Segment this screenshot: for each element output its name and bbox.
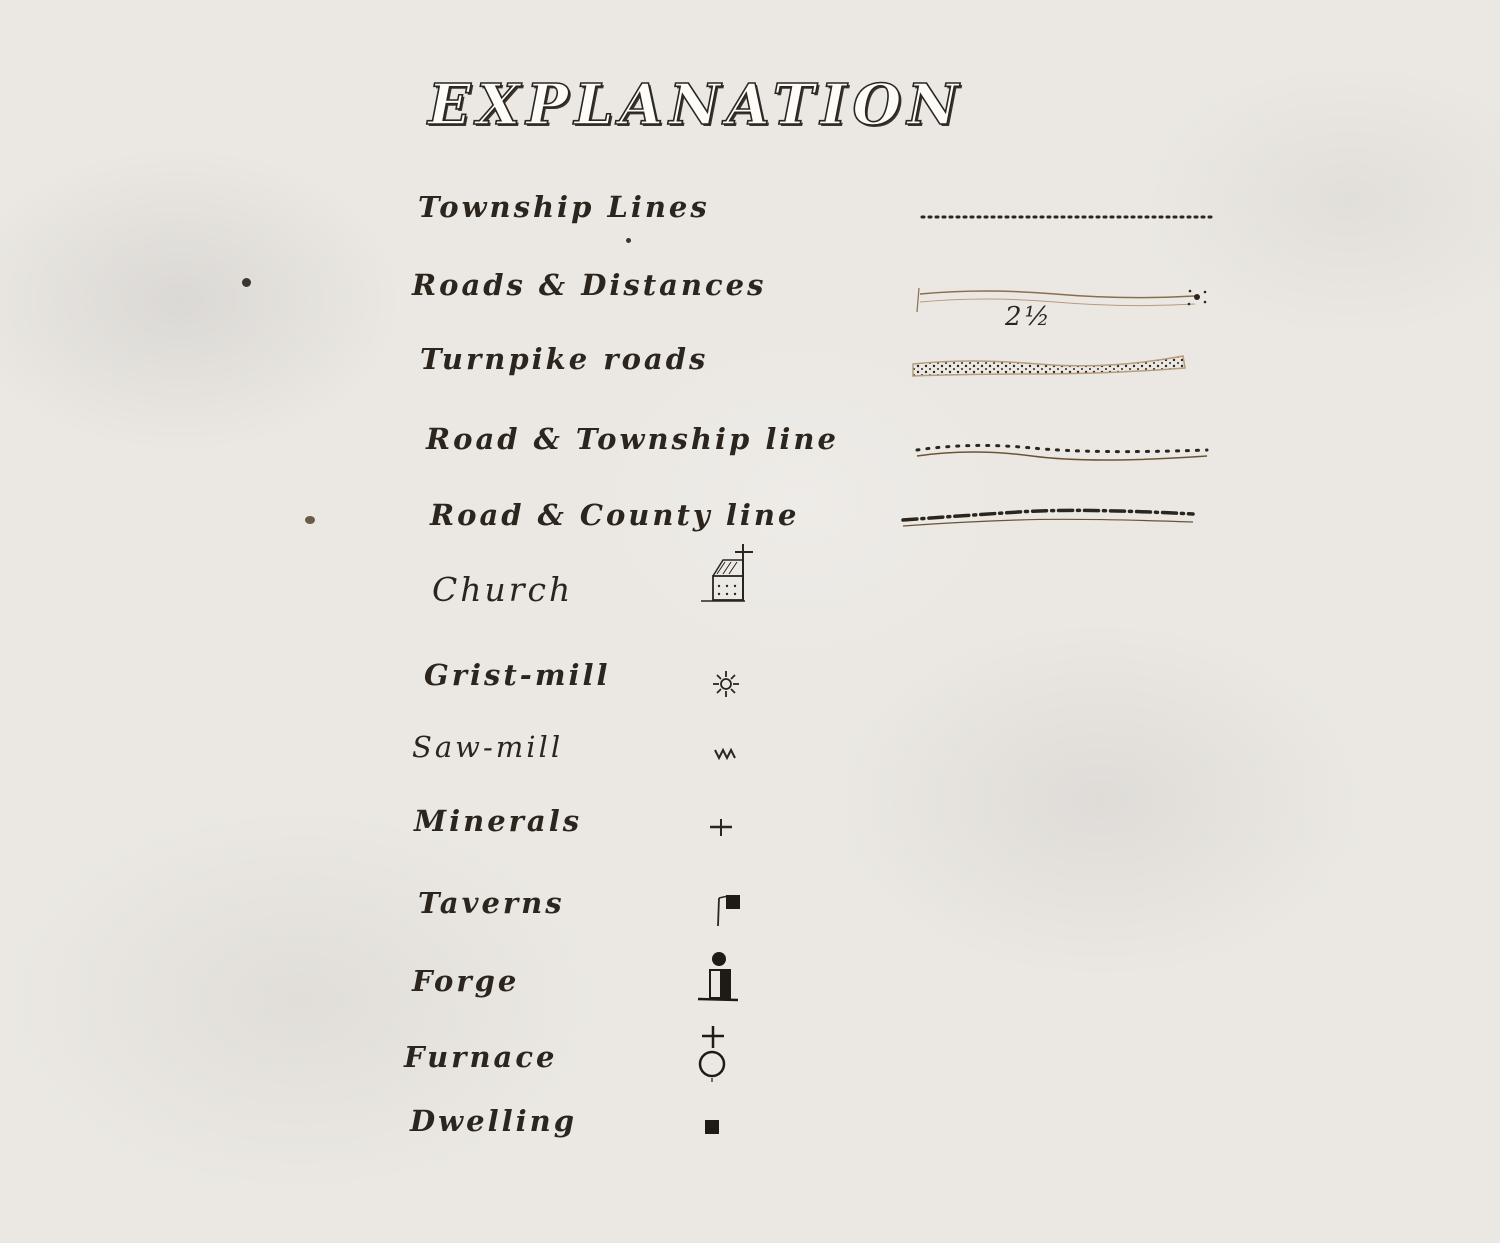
- forge-icon: [694, 950, 744, 1010]
- label-church: Church: [432, 570, 573, 609]
- label-grist-mill: Grist-mill: [424, 658, 611, 692]
- sun-mill-icon: [710, 668, 742, 700]
- distance-label: 2½: [1005, 302, 1053, 332]
- township-line-symbol: [920, 208, 1220, 224]
- label-forge: Forge: [412, 964, 519, 998]
- label-township-lines: Township Lines: [418, 190, 710, 224]
- turnpike-symbol: [908, 346, 1193, 382]
- road-township-symbol: [912, 438, 1212, 468]
- label-dwelling: Dwelling: [410, 1104, 577, 1138]
- label-furnace: Furnace: [404, 1040, 557, 1074]
- road-distance-symbol: [905, 280, 1225, 320]
- legend-title: EXPLANATION: [428, 72, 1128, 138]
- square-icon: [700, 1116, 726, 1140]
- ink-spot: [305, 516, 315, 524]
- church-icon: [695, 540, 765, 610]
- label-road-township-line: Road & Township line: [426, 422, 839, 456]
- furnace-icon: [694, 1024, 734, 1084]
- label-taverns: Taverns: [418, 886, 565, 920]
- label-saw-mill: Saw-mill: [412, 730, 563, 764]
- label-turnpike-roads: Turnpike roads: [420, 342, 708, 376]
- label-roads-distances: Roads & Distances: [412, 268, 766, 302]
- ink-spot: [242, 278, 251, 287]
- road-county-symbol: [898, 502, 1198, 532]
- zigzag-icon: [712, 745, 740, 763]
- label-road-county-line: Road & County line: [430, 498, 799, 532]
- label-minerals: Minerals: [414, 804, 582, 838]
- flag-square-icon: [708, 890, 744, 930]
- cross-icon: [706, 814, 736, 840]
- ink-spot: [626, 238, 631, 243]
